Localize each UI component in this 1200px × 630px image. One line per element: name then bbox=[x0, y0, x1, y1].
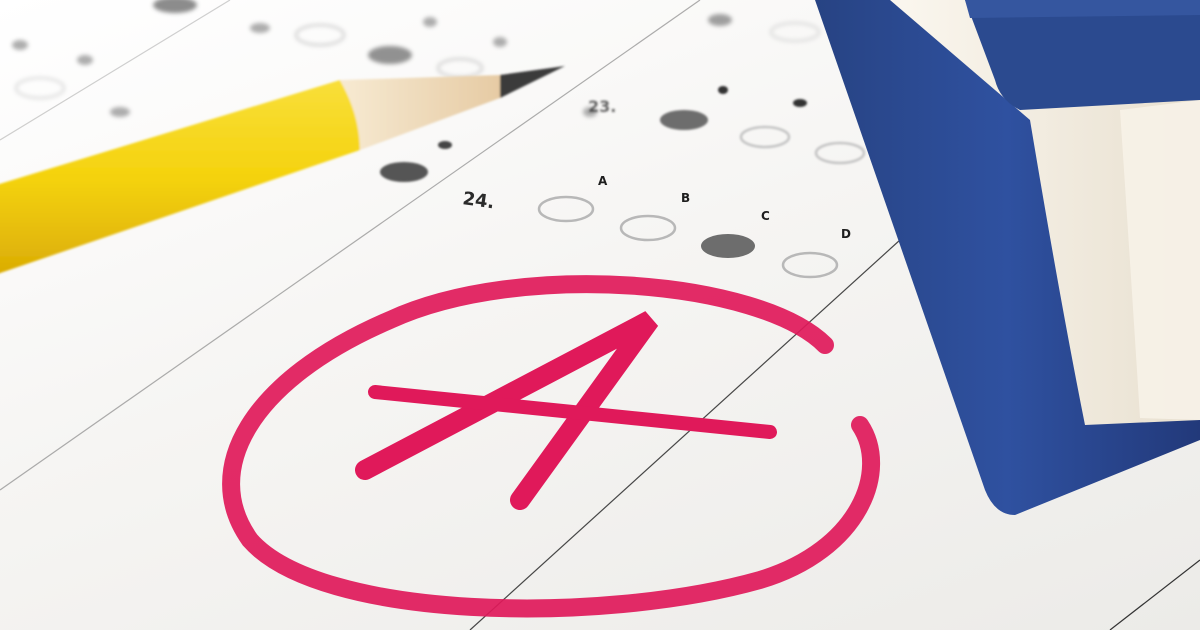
answer-sheet-illustration: 23. 24. A B C D bbox=[0, 0, 1200, 630]
choice-label: C bbox=[761, 209, 770, 223]
answer-bubble-b bbox=[621, 216, 675, 240]
answer-bubble-c-filled bbox=[701, 234, 755, 258]
pencil-body bbox=[0, 80, 360, 280]
pencil-wood bbox=[340, 75, 500, 150]
choice-label: B bbox=[681, 191, 690, 205]
answer-bubble-a bbox=[539, 197, 593, 221]
question-number: 23. bbox=[588, 97, 616, 116]
photo-scene: 23. 24. A B C D bbox=[0, 0, 1200, 630]
question-number: 24. bbox=[461, 188, 496, 213]
filled-bubble bbox=[660, 110, 708, 130]
question-24-row: 24. A B C D bbox=[461, 174, 851, 277]
pencil-lead bbox=[500, 66, 565, 98]
pencil bbox=[0, 66, 565, 280]
choice-label: D bbox=[841, 227, 851, 241]
red-grade-mark bbox=[231, 284, 871, 608]
answer-bubble-d bbox=[783, 253, 837, 277]
choice-label: A bbox=[598, 174, 608, 188]
